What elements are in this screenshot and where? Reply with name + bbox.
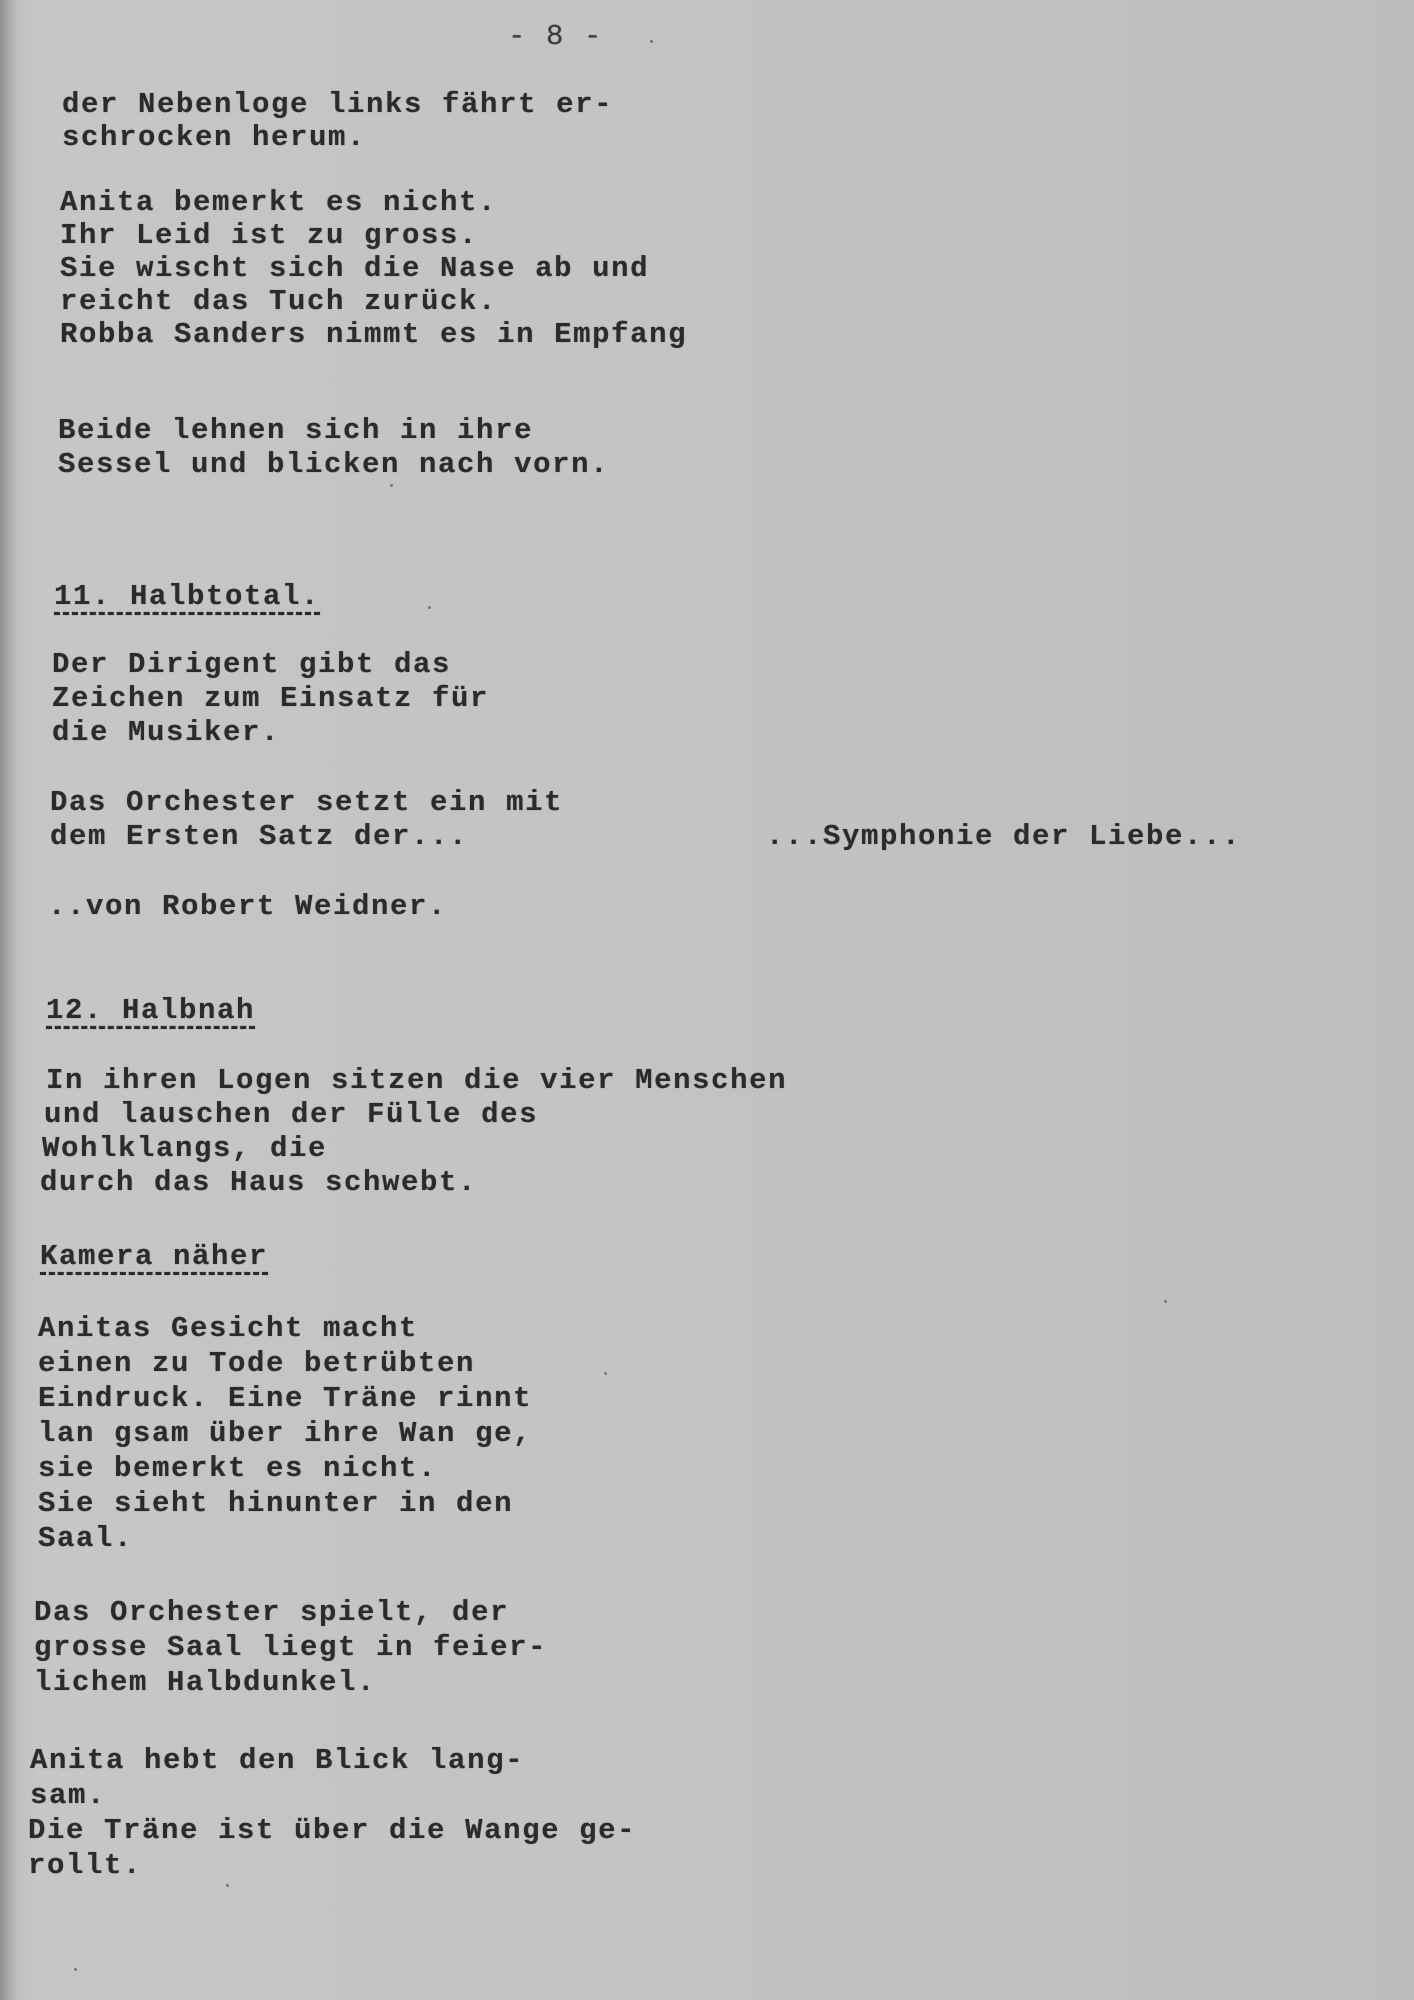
music-cue: ...Symphonie der Liebe... <box>766 820 1241 854</box>
text-line: ..von Robert Weidner. <box>48 890 447 924</box>
text-line: grosse Saal liegt in feier- <box>34 1631 547 1665</box>
text-line: Anita bemerkt es nicht. <box>60 186 497 220</box>
text-line: Der Dirigent gibt das <box>52 648 451 682</box>
text-line: In ihren Logen sitzen die vier Menschen <box>46 1064 787 1098</box>
text-line: lan gsam über ihre Wan ge, <box>38 1417 532 1451</box>
scene-12-heading: 12. Halbnah <box>46 994 255 1028</box>
text-line: schrocken herum. <box>62 121 366 155</box>
paper-speck <box>74 1968 77 1971</box>
text-line: Das Orchester spielt, der <box>34 1596 509 1630</box>
paper-speck <box>428 606 431 609</box>
text-line: Zeichen zum Einsatz für <box>52 682 489 716</box>
paper-speck <box>226 1884 229 1887</box>
text-line: Sie wischt sich die Nase ab und <box>60 252 649 286</box>
text-line: rollt. <box>28 1849 142 1883</box>
page-number: - 8 - <box>508 20 603 54</box>
text-line: durch das Haus schwebt. <box>40 1166 477 1200</box>
camera-direction-heading: Kamera näher <box>40 1240 268 1274</box>
text-line: lichem Halbdunkel. <box>34 1666 376 1700</box>
text-line: sie bemerkt es nicht. <box>38 1452 437 1486</box>
text-line: und lauschen der Fülle des <box>44 1098 538 1132</box>
text-line: reicht das Tuch zurück. <box>60 285 497 319</box>
text-line: Wohlklangs, die <box>42 1132 327 1166</box>
scene-11-heading: 11. Halbtotal. <box>54 580 320 614</box>
text-line: der Nebenloge links fährt er- <box>62 88 613 122</box>
text-line: einen zu Tode betrübten <box>38 1347 475 1381</box>
paper-speck <box>1164 1300 1167 1303</box>
paper-speck <box>390 484 393 487</box>
text-line: Das Orchester setzt ein mit <box>50 786 563 820</box>
text-line: Eindruck. Eine Träne rinnt <box>38 1382 532 1416</box>
text-line: Anitas Gesicht macht <box>38 1312 418 1346</box>
text-line: Robba Sanders nimmt es in Empfang <box>60 318 687 352</box>
text-line: die Musiker. <box>52 716 280 750</box>
paper-speck <box>650 40 653 43</box>
typewritten-page: - 8 - der Nebenloge links fährt er- schr… <box>0 0 1414 2000</box>
text-line: Sie sieht hinunter in den <box>38 1487 513 1521</box>
text-line: dem Ersten Satz der... <box>50 820 468 854</box>
text-line: Beide lehnen sich in ihre <box>58 414 533 448</box>
text-line: Die Träne ist über die Wange ge- <box>28 1814 636 1848</box>
text-line: sam. <box>30 1779 106 1813</box>
text-line: Saal. <box>38 1522 133 1556</box>
text-line: Sessel und blicken nach vorn. <box>58 448 609 482</box>
paper-speck <box>604 1372 607 1375</box>
text-line: Anita hebt den Blick lang- <box>30 1744 524 1778</box>
text-line: Ihr Leid ist zu gross. <box>60 219 478 253</box>
